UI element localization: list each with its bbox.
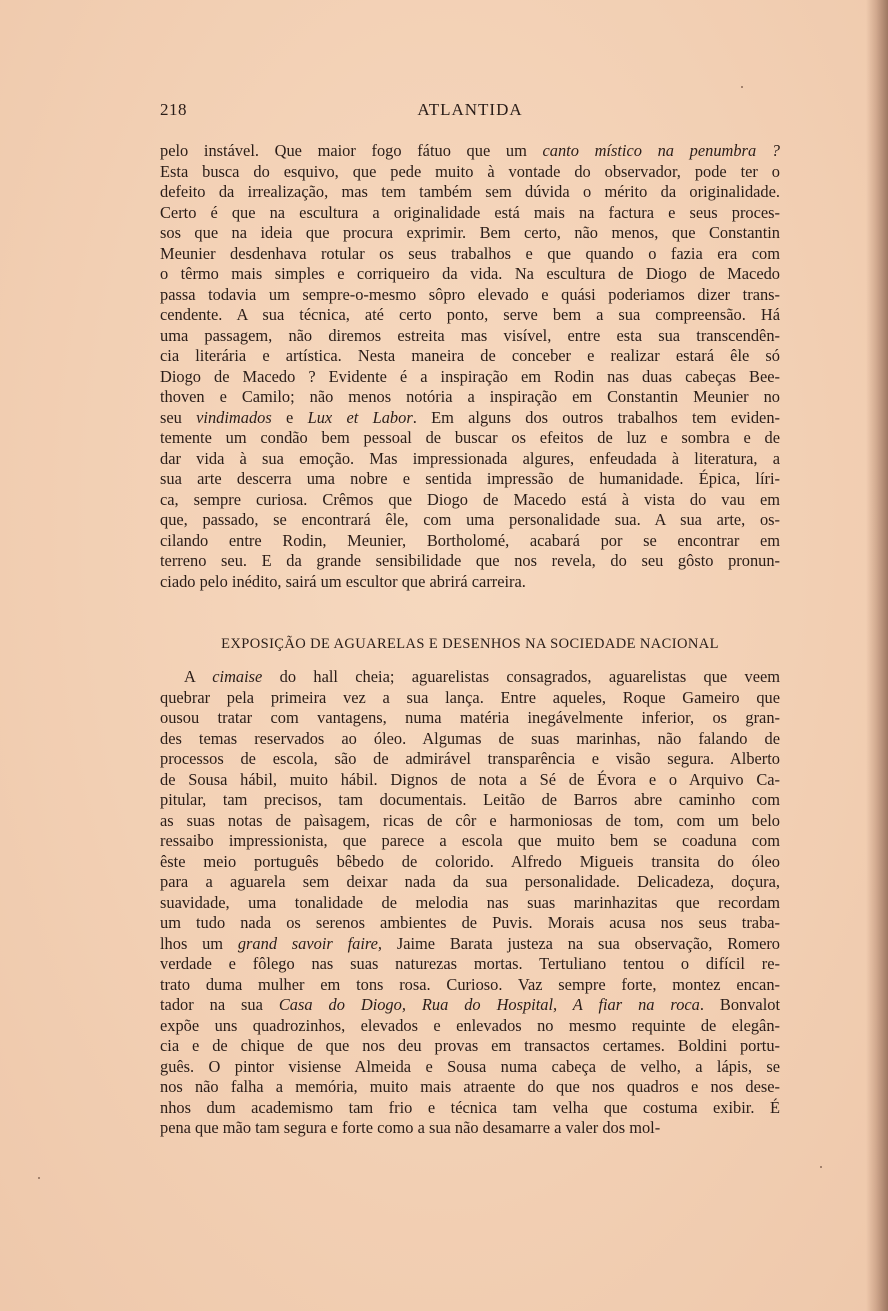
running-head: 218 ATLANTIDA: [160, 100, 780, 124]
text-line: ressaibo impressionista, que parece a es…: [160, 831, 780, 852]
text-line: suavidade, uma tonalidade de melodia nas…: [160, 893, 780, 914]
text-line: sua arte descerra uma nobre e sentida im…: [160, 469, 780, 490]
italic-title: Lux et Labor: [308, 408, 413, 427]
italic-title: Casa do Diogo, Rua do Hospital, A fiar n…: [279, 995, 700, 1014]
text-line: pelo instável. Que maior fogo fátuo que …: [160, 141, 780, 162]
section-heading: EXPOSIÇÃO DE AGUARELAS E DESENHOS NA SOC…: [160, 636, 780, 653]
text-line: terreno seu. E da grande sensibilidade q…: [160, 551, 780, 572]
italic-title: cimaise: [212, 667, 262, 686]
text-line: para a aguarela sem deixar nada da sua p…: [160, 872, 780, 893]
text-line: sos que na ideia que procura exprimir. B…: [160, 223, 780, 244]
text-line: defeito da irrealização, mas tem também …: [160, 182, 780, 203]
text-line: uma passagem, não diremos estreita mas v…: [160, 326, 780, 347]
text-line: tador na sua Casa do Diogo, Rua do Hospi…: [160, 995, 780, 1016]
text-line: Diogo de Macedo ? Evidente é a inspiraçã…: [160, 367, 780, 388]
text-line: Esta busca do esquivo, que pede muito à …: [160, 162, 780, 183]
text-line: temente um condão bem pessoal de buscar …: [160, 428, 780, 449]
text-line: Meunier desdenhava rotular os seus traba…: [160, 244, 780, 265]
text-line: seu vindimados e Lux et Labor. Em alguns…: [160, 408, 780, 429]
text-line: dar vida à sua emoção. Mas impressionada…: [160, 449, 780, 470]
italic-title: vindimados: [196, 408, 272, 427]
paragraph-diogo-de-macedo: pelo instável. Que maior fogo fátuo que …: [160, 141, 780, 592]
text-line: as suas notas de paìsagem, ricas de côr …: [160, 811, 780, 832]
text-line: nos não falha a memória, muito mais atra…: [160, 1077, 780, 1098]
text-line: guês. O pintor visiense Almeida e Sousa …: [160, 1057, 780, 1078]
text-line: cia e de chique de que nos deu provas em…: [160, 1036, 780, 1057]
paper-speck: [820, 1166, 822, 1168]
italic-title: canto místico na penumbra ?: [543, 141, 780, 160]
text-line: trato duma mulher em tons rosa. Curioso.…: [160, 975, 780, 996]
text-line: des temas reservados ao óleo. Algumas de…: [160, 729, 780, 750]
journal-title: ATLANTIDA: [160, 100, 780, 120]
text-line: cilando entre Rodin, Meunier, Bortholomé…: [160, 531, 780, 552]
text-line: nhos dum academismo tam frio e técnica t…: [160, 1098, 780, 1119]
text-line: que, passado, se encontrará êle, com uma…: [160, 510, 780, 531]
paper-speck: [741, 86, 743, 88]
text-line: ousou tratar com vantagens, numa matéria…: [160, 708, 780, 729]
text-line: cia literária e artística. Nesta maneira…: [160, 346, 780, 367]
scanned-page: 218 ATLANTIDA pelo instável. Que maior f…: [0, 0, 888, 1311]
text-line: processos de escola, são de admirável tr…: [160, 749, 780, 770]
text-line: pena que mão tam segura e forte como a s…: [160, 1118, 780, 1139]
paper-speck: [38, 1177, 40, 1179]
italic-title: grand savoir faire,: [238, 934, 382, 953]
text-line: lhos um grand savoir faire, Jaime Barata…: [160, 934, 780, 955]
text-line: ciado pelo inédito, sairá um escultor qu…: [160, 572, 780, 593]
text-line: cendente. A sua técnica, até certo ponto…: [160, 305, 780, 326]
text-line: ca, sempre curiosa. Crêmos que Diogo de …: [160, 490, 780, 511]
text-line: A cimaise do hall cheia; aguarelistas co…: [160, 667, 780, 688]
text-line: passa todavia um sempre-o-mesmo sôpro el…: [160, 285, 780, 306]
paragraph-aguarelas: A cimaise do hall cheia; aguarelistas co…: [160, 667, 780, 1139]
text-line: Certo é que na escultura a originalidade…: [160, 203, 780, 224]
text-line: thoven e Camilo; não menos notória a ins…: [160, 387, 780, 408]
text-line: verdade e fôlego nas suas naturezas mort…: [160, 954, 780, 975]
text-line: expõe uns quadrozinhos, elevados e enlev…: [160, 1016, 780, 1037]
text-line: de Sousa hábil, muito hábil. Dignos de n…: [160, 770, 780, 791]
text-line: um tudo nada os serenos ambientes de Puv…: [160, 913, 780, 934]
text-line: quebrar pela primeira vez a sua lança. E…: [160, 688, 780, 709]
text-line: pitular, tam precisos, tam documentais. …: [160, 790, 780, 811]
text-line: o têrmo mais simples e corriqueiro da vi…: [160, 264, 780, 285]
text-line: êste meio português bêbedo de colorido. …: [160, 852, 780, 873]
